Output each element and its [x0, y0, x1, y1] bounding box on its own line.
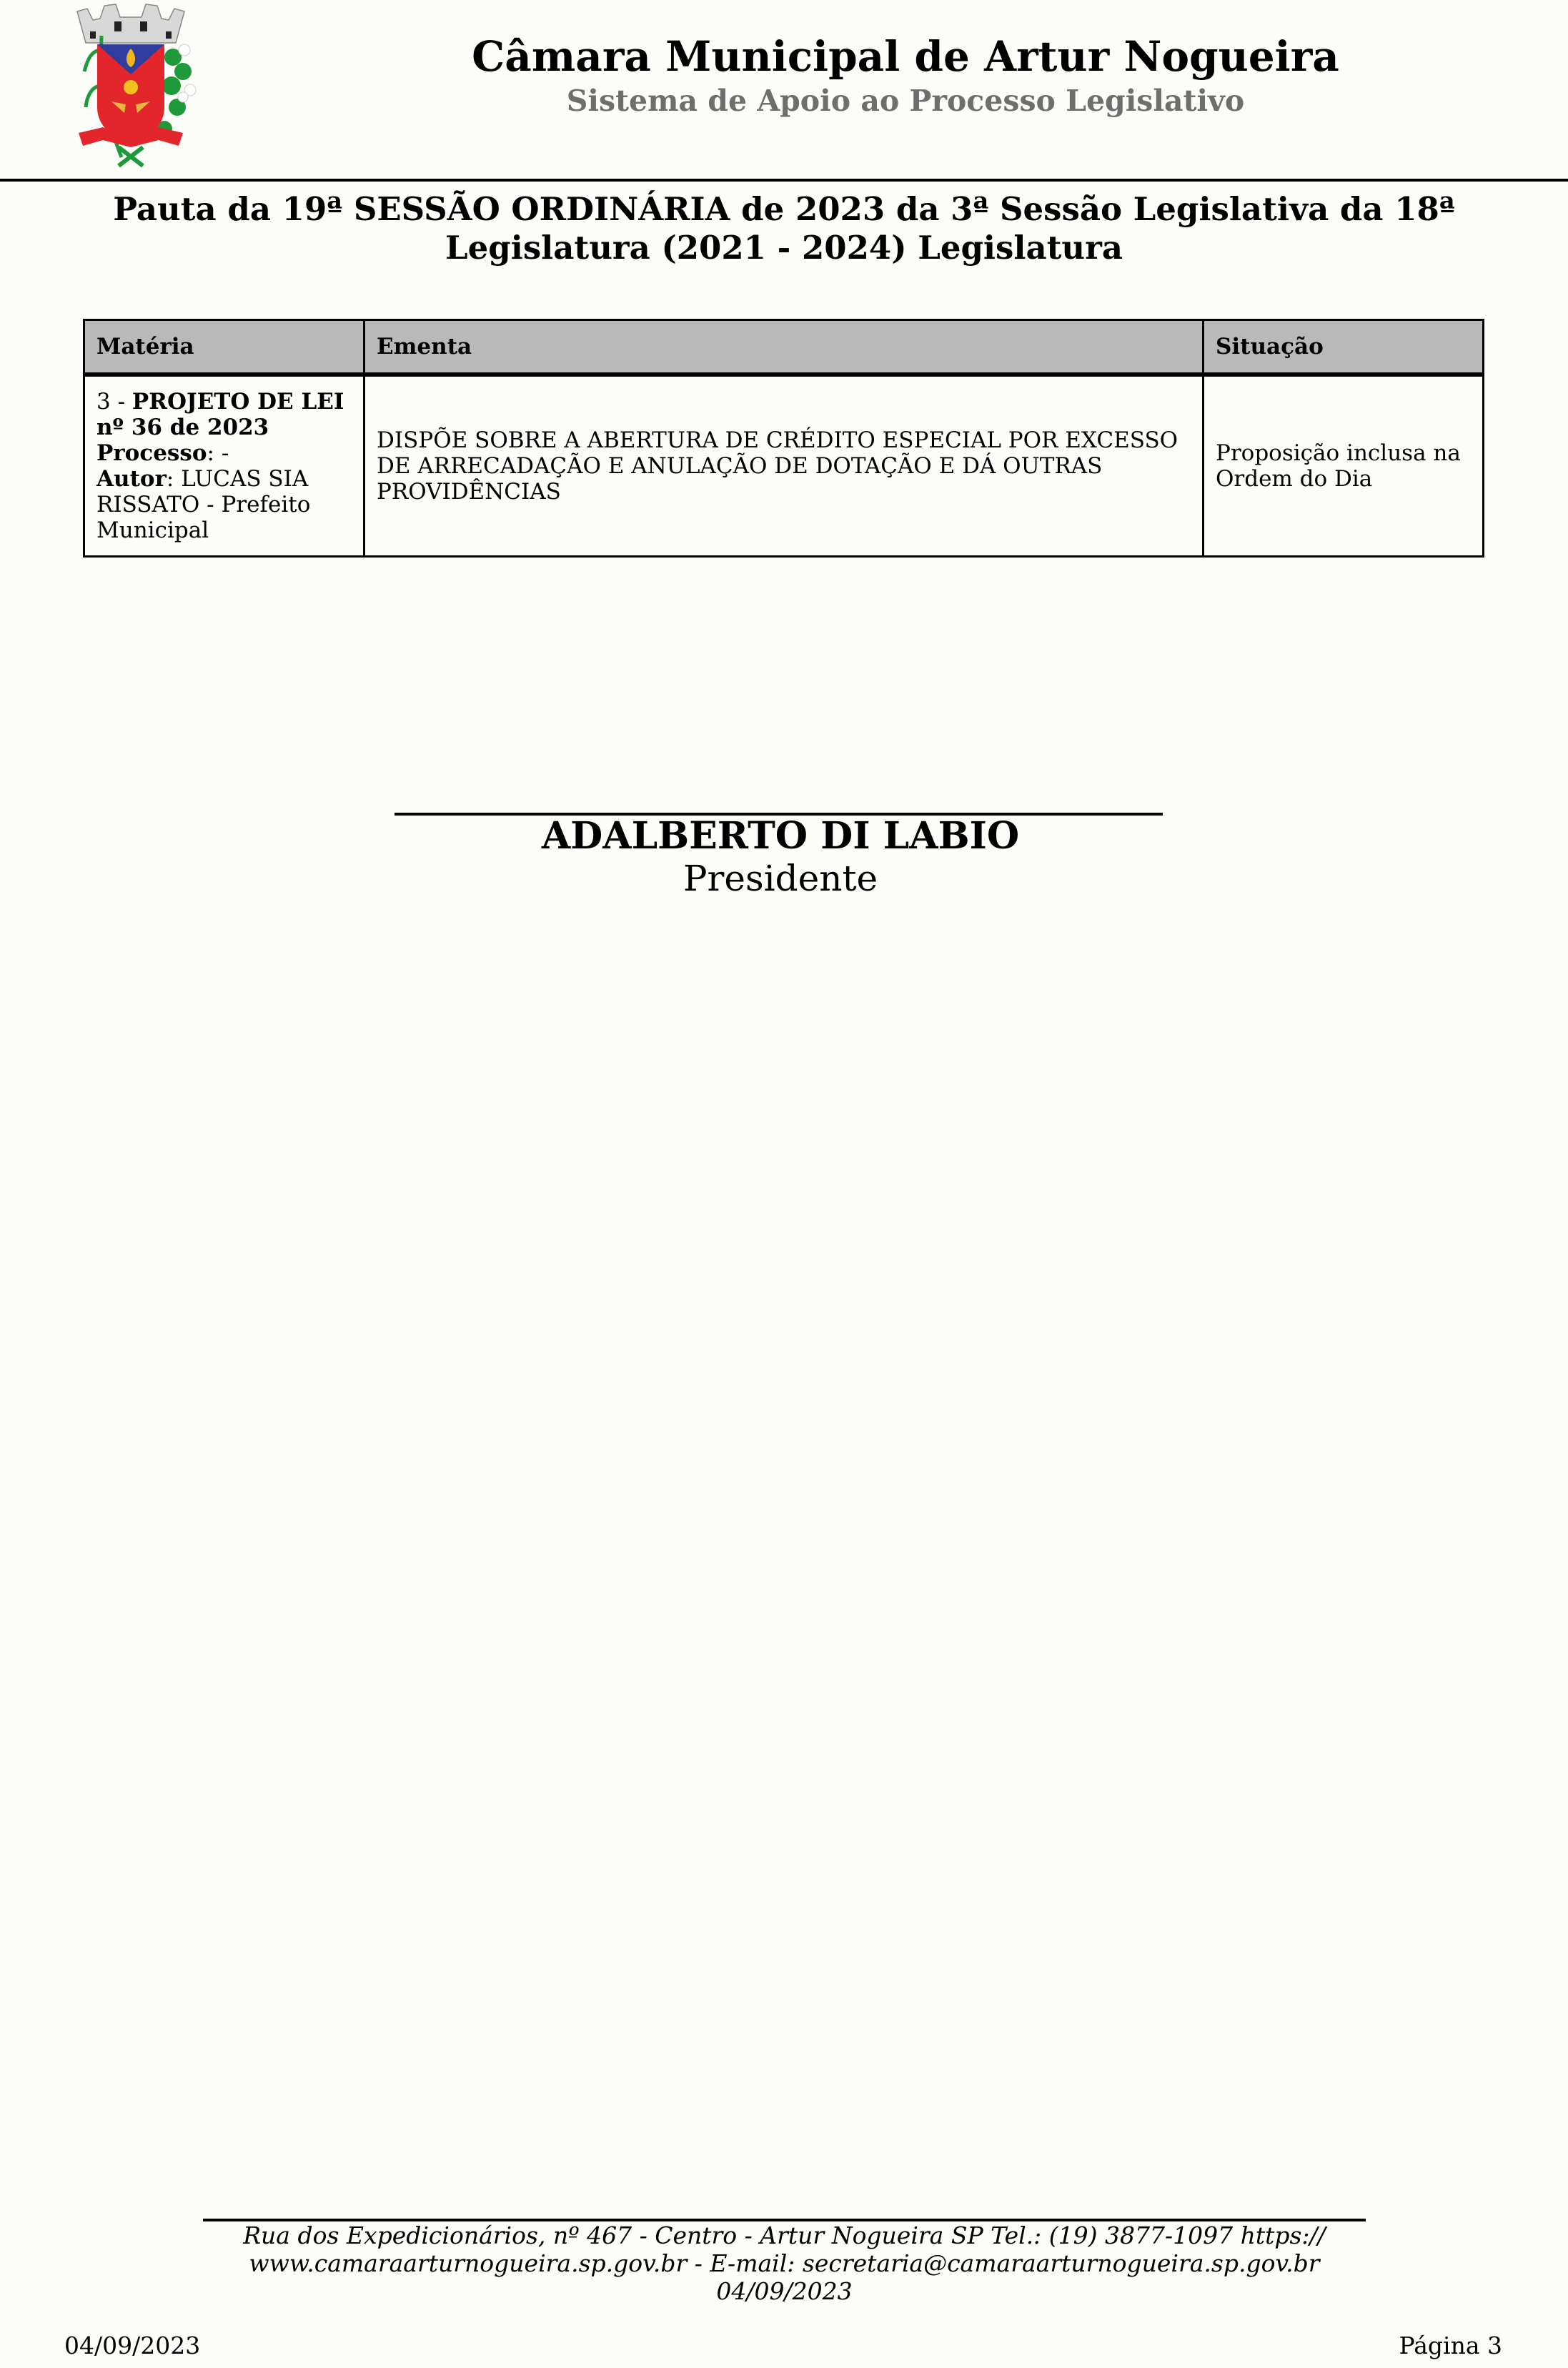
pauta-title: Pauta da 19ª SESSÃO ORDINÁRIA de 2023 da… — [71, 190, 1497, 267]
ementa-cell: DISPÕE SOBRE A ABERTURA DE CRÉDITO ESPEC… — [364, 375, 1204, 557]
materia-cell: 3 - PROJETO DE LEI nº 36 de 2023 Process… — [84, 375, 364, 557]
header-divider — [0, 179, 1568, 182]
column-header-ementa: Ementa — [364, 320, 1204, 375]
table-row: 3 - PROJETO DE LEI nº 36 de 2023 Process… — [84, 375, 1484, 557]
system-subtitle: Sistema de Apoio ao Processo Legislativo — [214, 83, 1568, 119]
organization-title: Câmara Municipal de Artur Nogueira — [214, 31, 1568, 81]
footer-address-date: 04/09/2023 — [716, 2277, 852, 2305]
coat-of-arms-logo — [50, 0, 212, 169]
situacao-cell: Proposição inclusa na Ordem do Dia — [1204, 375, 1484, 557]
column-header-materia: Matéria — [84, 320, 364, 375]
column-header-situacao: Situação — [1204, 320, 1484, 375]
autor-label: Autor — [96, 466, 167, 492]
signatory-name: ADALBERTO DI LABIO — [0, 814, 1568, 858]
processo-value: : - — [207, 440, 229, 466]
materia-title[interactable]: PROJETO DE LEI nº 36 de 2023 — [96, 389, 344, 440]
pauta-table: Matéria Ementa Situação 3 - PROJETO DE L… — [83, 319, 1484, 558]
footer-contact: Rua dos Expedicionários, nº 467 - Centro… — [243, 2221, 1326, 2277]
table-header-row: Matéria Ementa Situação — [84, 320, 1484, 375]
page-number: Página 3 — [1399, 2332, 1503, 2360]
signatory-role: Presidente — [0, 856, 1568, 901]
print-date: 04/09/2023 — [64, 2332, 200, 2360]
footer-address: Rua dos Expedicionários, nº 467 - Centro… — [203, 2221, 1366, 2305]
processo-label: Processo — [96, 440, 207, 466]
item-number: 3 - — [96, 389, 132, 415]
coat-of-arms-icon — [50, 0, 212, 169]
